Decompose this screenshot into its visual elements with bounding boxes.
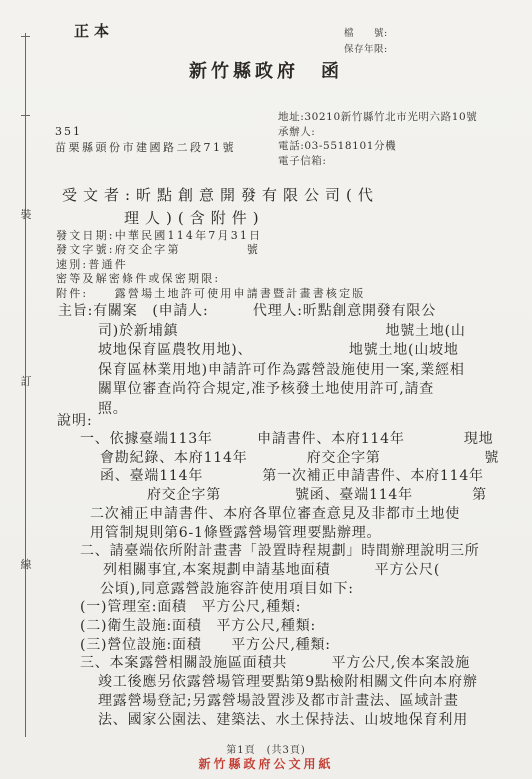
retention-period-label: 保存年限: bbox=[344, 42, 388, 58]
subject-line: 關單位審查尚符合規定,准予核發土地使用許可,請查 bbox=[98, 380, 518, 400]
subject-line: 司)於新埔鎮 地號土地(山 bbox=[98, 322, 518, 342]
attachment-line: 附件: 露營場土地許可使用申請書暨計畫書核定版 bbox=[56, 287, 366, 301]
explanation-item1-line: 一、依據臺端113年 申請書件、本府114年 現地 bbox=[80, 430, 528, 449]
binding-char-zhuang: 裝 bbox=[19, 209, 33, 221]
explanation-item1-line: 用管制規則第6-1條暨露營場管理要點辦理。 bbox=[90, 524, 528, 543]
document-meta-block: 發文日期:中華民國114年7月31日 發文字號:府交企字第 號 速別:普通件 密… bbox=[56, 229, 366, 301]
recipient-name-line2: 理人)(含附件) bbox=[124, 207, 265, 228]
paper-type-label: 新竹縣政府公文用紙 bbox=[0, 755, 532, 772]
explanation-item3-line: 三、本案露營相關設施區面積共 平方公尺,俟本案設施 bbox=[80, 654, 528, 673]
delivery-speed: 速別:普通件 bbox=[56, 258, 366, 272]
issue-number: 發文字號:府交企字第 號 bbox=[56, 243, 366, 257]
subject-line: 照。 bbox=[98, 400, 518, 420]
official-document-page: 裝 訂 線 正本 檔 號: 保存年限: 新竹縣政府 函 地址:30210新竹縣竹… bbox=[0, 0, 532, 779]
explanation-items: 一、依據臺端113年 申請書件、本府114年 現地 會勘紀錄、本府114年 府交… bbox=[80, 430, 528, 729]
file-number-block: 檔 號: 保存年限: bbox=[344, 26, 388, 58]
security-level: 密等及解密條件或保密期限: bbox=[56, 272, 366, 286]
binding-char-xian: 線 bbox=[19, 559, 33, 571]
facility-subitem-sanitation: (二)衛生設施:面積 平方公尺,種類: bbox=[80, 617, 528, 636]
subject-line: 保育區林業用地)申請許可作為露營設施使用一案,業經相 bbox=[98, 361, 518, 381]
explanation-item1-line: 府交企字第 號函、臺端114年 第 bbox=[147, 486, 528, 505]
facility-subitem-camping: (三)營位設施:面積 平方公尺,種類: bbox=[80, 636, 528, 655]
facility-subitem-management: (一)管理室:面積 平方公尺,種類: bbox=[80, 598, 528, 617]
issue-date: 發文日期:中華民國114年7月31日 bbox=[56, 229, 366, 243]
sender-info-block: 地址:30210新竹縣竹北市光明六路10號 承辦人: 電話:03-5518101… bbox=[278, 110, 477, 168]
subject-section: 主旨:有關案 (申請人: 代理人:昕點創意開發有限公 司)於新埔鎮 地號土地(山… bbox=[58, 302, 518, 420]
binding-char-ding: 訂 bbox=[19, 376, 33, 388]
binding-tick-mid bbox=[21, 115, 30, 116]
explanation-item2-line: 公頃),同意露營設施容許使用項目如下: bbox=[100, 580, 528, 599]
explanation-item1-line: 會勘紀錄、本府114年 府交企字第 號 bbox=[100, 449, 528, 468]
subject-line: 主旨:有關案 (申請人: 代理人:昕點創意開發有限公 bbox=[58, 302, 518, 322]
sender-address: 地址:30210新竹縣竹北市光明六路10號 bbox=[278, 110, 477, 125]
sender-phone: 電話:03-5518101分機 bbox=[278, 139, 477, 154]
document-title: 新竹縣政府 函 bbox=[0, 57, 532, 83]
explanation-item3-line: 竣工後應另依露營場管理要點第9點檢附相關文件向本府辦 bbox=[98, 673, 528, 692]
copy-type-label: 正本 bbox=[74, 20, 114, 41]
explanation-item2-line: 列相關事宜,本案規劃申請基地面積 平方公尺( bbox=[103, 561, 528, 580]
page-number: 第1頁 (共3頁) bbox=[0, 741, 532, 756]
explanation-item1-line: 函、臺端114年 第一次補正申請書件、本府114年 bbox=[100, 467, 528, 486]
recipient-zip: 351 bbox=[55, 125, 82, 138]
binding-tick-top bbox=[21, 36, 30, 37]
subject-line: 坡地保育區農牧用地)、 地號土地(山坡地 bbox=[98, 341, 518, 361]
sender-email: 電子信箱: bbox=[278, 154, 477, 169]
recipient-name-line1: 受文者:昕點創意開發有限公司(代 bbox=[62, 184, 379, 205]
sender-contact-person: 承辦人: bbox=[278, 125, 477, 140]
recipient-address: 苗栗縣頭份市建國路二段71號 bbox=[55, 139, 236, 155]
explanation-item3-line: 法、國家公園法、建築法、水土保持法、山坡地保育利用 bbox=[98, 711, 528, 730]
explanation-heading: 說明: bbox=[57, 410, 93, 430]
explanation-item2-line: 二、請臺端依所附計畫書「設置時程規劃」時間辦理說明三所 bbox=[80, 542, 528, 561]
explanation-item1-line: 二次補正申請書件、本府各單位審查意見及非都市土地使 bbox=[90, 505, 528, 524]
file-number-label: 檔 號: bbox=[344, 26, 388, 42]
explanation-item3-line: 理露營場登記;另露營場設置涉及都市計畫法、區域計畫 bbox=[98, 692, 528, 711]
